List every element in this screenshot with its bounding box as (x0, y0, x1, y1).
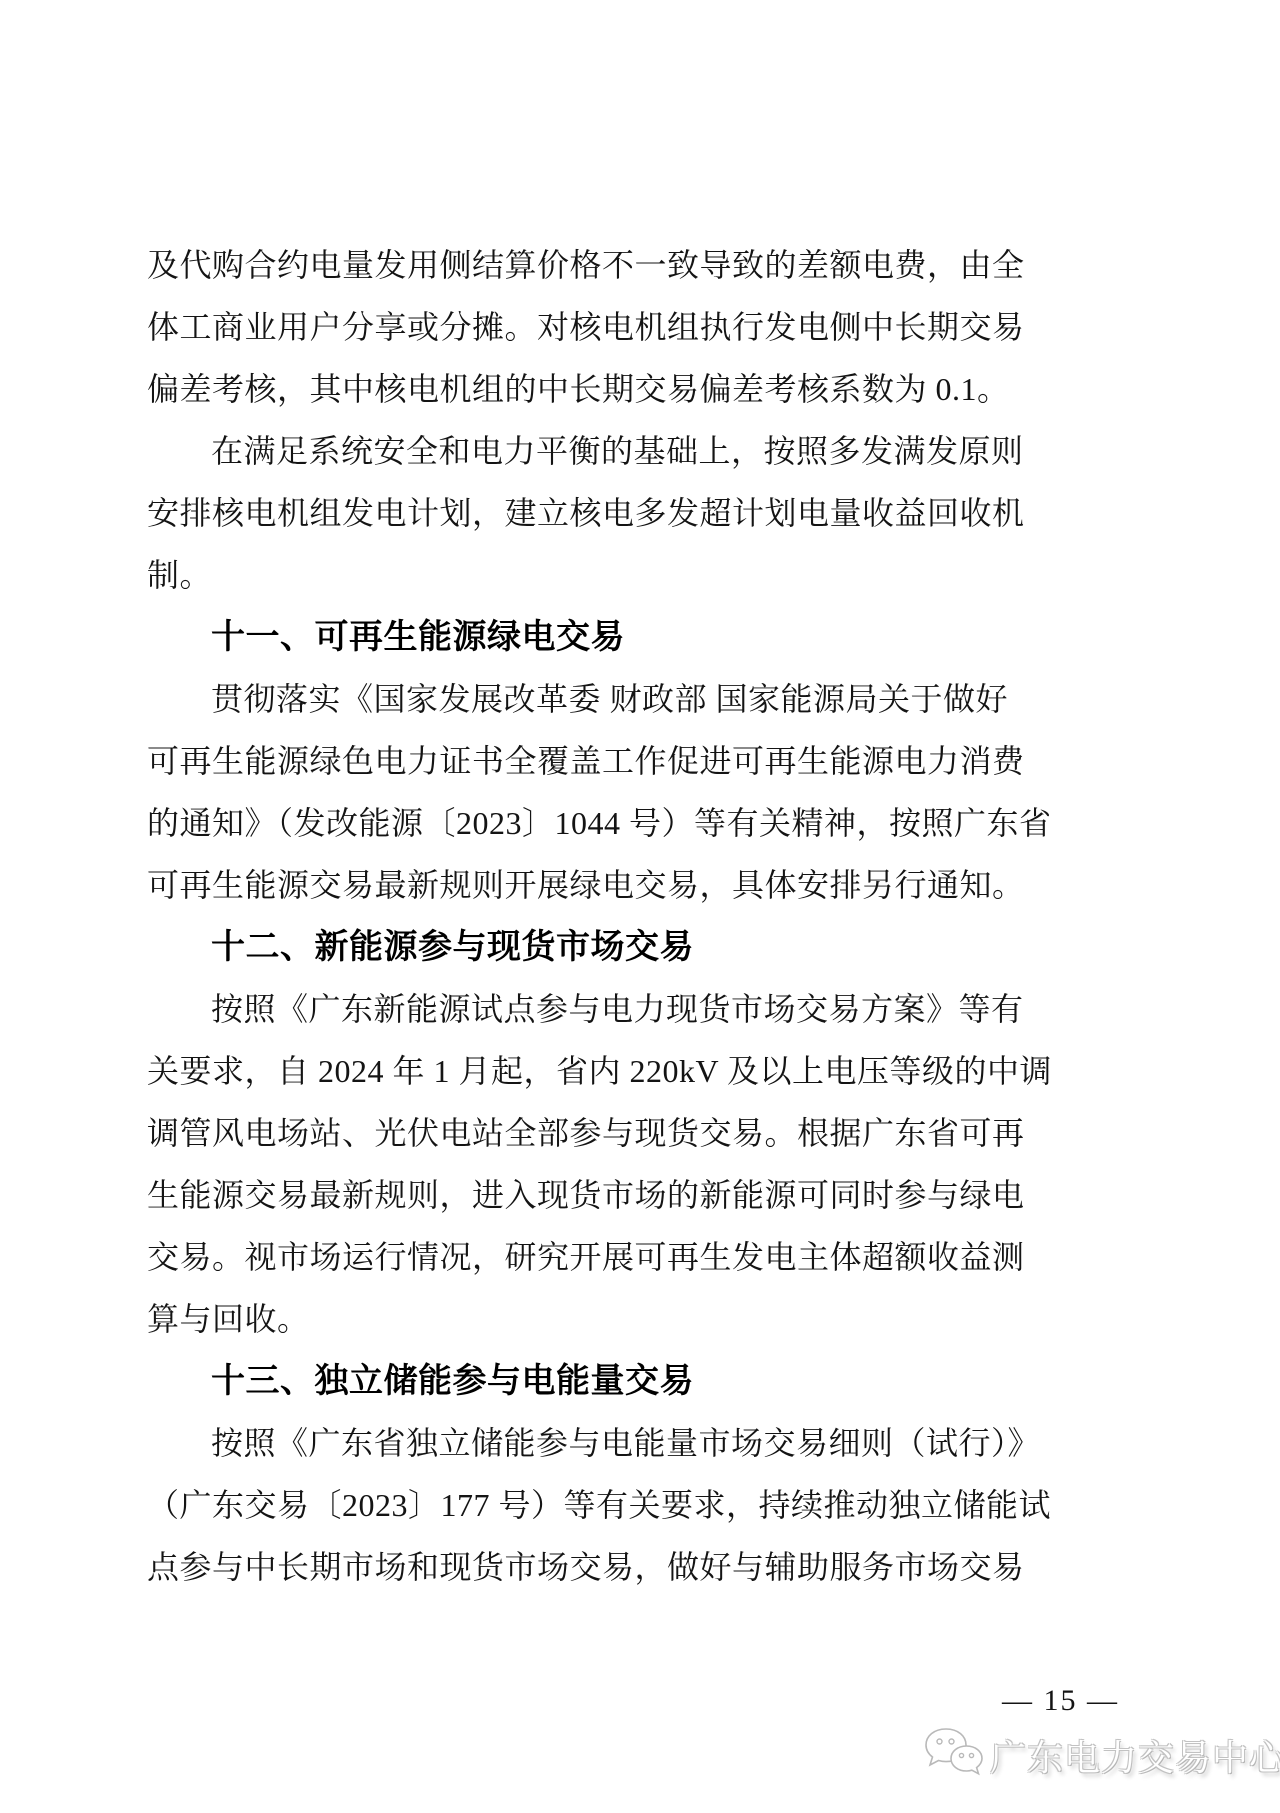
document-page: 及代购合约电量发用侧结算价格不一致导致的差额电费，由全体工商业用户分享或分摊。对… (0, 0, 1280, 1813)
text-line: 调管风电场站、光伏电站全部参与现货交易。根据广东省可再 (147, 1102, 1017, 1164)
text-line: 点参与中长期市场和现货市场交易，做好与辅助服务市场交易 (147, 1536, 1017, 1598)
body-text: 及代购合约电量发用侧结算价格不一致导致的差额电费，由全体工商业用户分享或分摊。对… (147, 234, 1017, 1598)
footer-brand-text: 广东电力交易中心 (990, 1730, 1280, 1781)
section-heading: 十三、独立储能参与电能量交易 (147, 1350, 1017, 1412)
section-heading: 十二、新能源参与现货市场交易 (147, 916, 1017, 978)
text-line: 可再生能源交易最新规则开展绿电交易，具体安排另行通知。 (147, 854, 1017, 916)
text-line: 安排核电机组发电计划，建立核电多发超计划电量收益回收机 (147, 482, 1017, 544)
text-line: 制。 (147, 544, 1017, 606)
text-line: 体工商业用户分享或分摊。对核电机组执行发电侧中长期交易 (147, 296, 1017, 358)
text-line: 的通知》（发改能源〔2023〕1044 号）等有关精神，按照广东省 (147, 792, 1017, 854)
text-line: 关要求，自 2024 年 1 月起，省内 220kV 及以上电压等级的中调 (147, 1040, 1017, 1102)
text-line: 可再生能源绿色电力证书全覆盖工作促进可再生能源电力消费 (147, 730, 1017, 792)
section-heading: 十一、可再生能源绿电交易 (147, 606, 1017, 668)
text-line: 及代购合约电量发用侧结算价格不一致导致的差额电费，由全 (147, 234, 1017, 296)
text-line: 偏差考核，其中核电机组的中长期交易偏差考核系数为 0.1。 (147, 358, 1017, 420)
page-number: — 15 — (1002, 1684, 1119, 1718)
footer-watermark: 广东电力交易中心 (922, 1726, 1280, 1785)
text-line: 在满足系统安全和电力平衡的基础上，按照多发满发原则 (147, 420, 1017, 482)
wechat-logo-icon (922, 1726, 984, 1785)
text-line: 算与回收。 (147, 1288, 1017, 1350)
text-line: 按照《广东省独立储能参与电能量市场交易细则（试行）》 (147, 1412, 1017, 1474)
text-line: 生能源交易最新规则，进入现货市场的新能源可同时参与绿电 (147, 1164, 1017, 1226)
text-line: （广东交易〔2023〕177 号）等有关要求，持续推动独立储能试 (147, 1474, 1017, 1536)
text-line: 交易。视市场运行情况，研究开展可再生发电主体超额收益测 (147, 1226, 1017, 1288)
text-line: 按照《广东新能源试点参与电力现货市场交易方案》等有 (147, 978, 1017, 1040)
text-line: 贯彻落实《国家发展改革委 财政部 国家能源局关于做好 (147, 668, 1017, 730)
